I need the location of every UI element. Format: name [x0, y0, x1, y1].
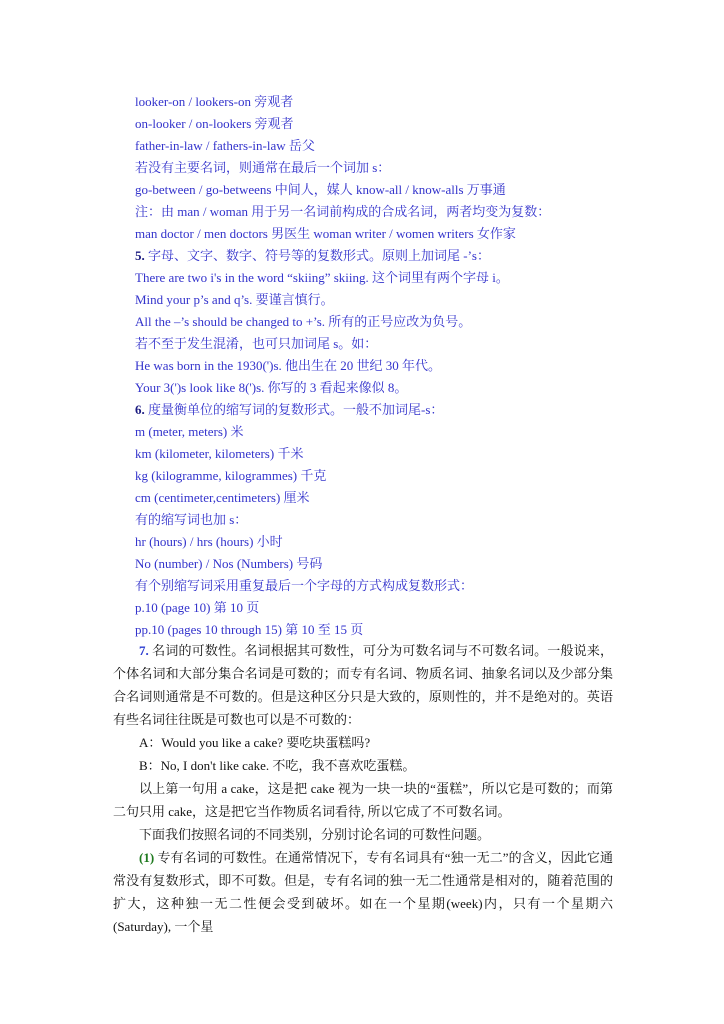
blue-line: looker-on / lookers-on 旁观者: [135, 94, 293, 110]
blue-line: kg (kilogramme, kilogrammes) 千克: [135, 468, 326, 484]
blue-line: 注：由 man / woman 用于另一名词前构成的合成名词，两者均变为复数：: [135, 204, 550, 220]
blue-line: 有的缩写词也加 s：: [135, 512, 247, 528]
blue-line: 若没有主要名词，则通常在最后一个词加 s：: [135, 160, 390, 176]
blue-line: He was born in the 1930(')s. 他出生在 20 世纪 …: [135, 358, 441, 374]
intro-paragraph: 下面我们按照名词的不同类别，分别讨论名词的可数性问题。: [113, 823, 613, 846]
section-7-body: 7. 名词的可数性。名词根据其可数性，可分为可数名词与不可数名词。一般说来，个体…: [113, 639, 613, 938]
blue-line: 有个别缩写词采用重复最后一个字母的方式构成复数形式：: [135, 578, 473, 594]
section-number: 6.: [135, 402, 145, 417]
paragraph-text: 专有名词的可数性。在通常情况下，专有名词具有“独一无二”的含义，因此它通常没有复…: [113, 850, 613, 934]
section-title: 度量衡单位的缩写词的复数形式。一般不加词尾-s：: [145, 402, 444, 417]
blue-line: km (kilometer, kilometers) 千米: [135, 446, 303, 462]
section-5-heading: 5. 字母、文字、数字、符号等的复数形式。原则上加词尾 -’s：: [135, 248, 490, 264]
example-b: B：No, I don't like cake. 不吃，我不喜欢吃蛋糕。: [113, 754, 613, 777]
section-number: 5.: [135, 248, 145, 263]
blue-line: Your 3(')s look like 8(')s. 你写的 3 看起来像似 …: [135, 380, 407, 396]
blue-line: hr (hours) / hrs (hours) 小时: [135, 534, 283, 550]
subsection-number: (1): [139, 850, 154, 865]
blue-line: on-looker / on-lookers 旁观者: [135, 116, 294, 132]
document-page: looker-on / lookers-on 旁观者 on-looker / o…: [0, 0, 724, 1024]
explanation-paragraph: 以上第一句用 a cake，这是把 cake 视为一块一块的“蛋糕”，所以它是可…: [113, 777, 613, 823]
blue-line: pp.10 (pages 10 through 15) 第 10 至 15 页: [135, 622, 363, 638]
section-title: 字母、文字、数字、符号等的复数形式。原则上加词尾 -’s：: [145, 248, 490, 263]
blue-line: go-between / go-betweens 中间人，媒人 know-all…: [135, 182, 506, 198]
section-number: 7.: [139, 643, 149, 658]
blue-line: cm (centimeter,centimeters) 厘米: [135, 490, 310, 506]
blue-line: 若不至于发生混淆，也可只加词尾 s。如：: [135, 336, 377, 352]
blue-line: All the –’s should be changed to +’s. 所有…: [135, 314, 471, 330]
paragraph-text: 名词的可数性。名词根据其可数性，可分为可数名词与不可数名词。一般说来，个体名词和…: [113, 643, 613, 727]
blue-line: Mind your p’s and q’s. 要谨言慎行。: [135, 292, 334, 308]
subsection-1-paragraph: (1) 专有名词的可数性。在通常情况下，专有名词具有“独一无二”的含义，因此它通…: [113, 846, 613, 938]
blue-line: p.10 (page 10) 第 10 页: [135, 600, 259, 616]
section-7-paragraph: 7. 名词的可数性。名词根据其可数性，可分为可数名词与不可数名词。一般说来，个体…: [113, 639, 613, 731]
example-a: A：Would you like a cake? 要吃块蛋糕吗?: [113, 731, 613, 754]
section-6-heading: 6. 度量衡单位的缩写词的复数形式。一般不加词尾-s：: [135, 402, 443, 418]
blue-line: m (meter, meters) 米: [135, 424, 244, 440]
blue-line: No (number) / Nos (Numbers) 号码: [135, 556, 322, 572]
blue-line: father-in-law / fathers-in-law 岳父: [135, 138, 315, 154]
blue-line: man doctor / men doctors 男医生 woman write…: [135, 226, 516, 242]
blue-line: There are two i's in the word “skiing” s…: [135, 270, 509, 286]
